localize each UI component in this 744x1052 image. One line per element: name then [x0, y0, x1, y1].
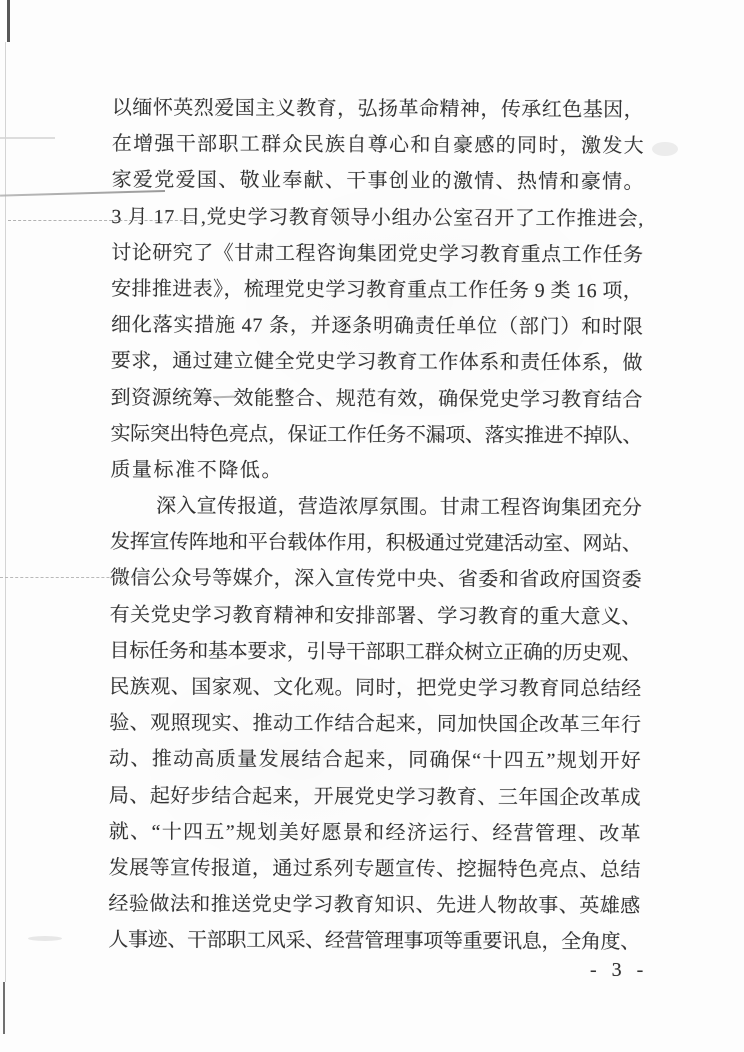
- scan-artifact-right-smudge: [652, 142, 678, 156]
- document-body-text: 以缅怀英烈爱国主义教育，弘扬革命精神，传承红色基因， 在增强干部职工群众民族自尊…: [108, 90, 644, 961]
- text-line-paragraph-start: 深入宣传报道，营造浓厚氛围。甘肃工程咨询集团充分: [110, 488, 642, 527]
- text-line: 验、观照现实、推动工作结合起来，同加快国企改革三年行: [109, 705, 641, 744]
- page-number: - 3 -: [590, 956, 647, 984]
- text-line: 人事迹、干部职工风采、经营管理事项等重要讯息，全角度、: [108, 922, 640, 961]
- text-line: 动、推动高质量发展结合起来，同确保“十四五”规划开好: [109, 741, 641, 780]
- scan-artifact-left-tick: [0, 137, 55, 139]
- text-line: 在增强干部职工群众民族自尊心和自豪感的同时，激发大: [112, 126, 644, 165]
- scan-artifact-left-edge-top-mark: [7, 0, 10, 42]
- text-line: 局、起好步结合起来，开展党史学习教育、三年国企改革成: [109, 778, 641, 817]
- scanned-page: { "page": { "page_number": "- 3 -", "col…: [0, 0, 744, 1052]
- text-line: 3 月 17 日,党史学习教育领导小组办公室召开了工作推进会,: [111, 199, 643, 238]
- text-line: 到资源统筹、效能整合、规范有效，确保党史学习教育结合: [111, 379, 643, 418]
- scan-artifact-left-edge-line: [5, 42, 6, 982]
- text-line: 目标任务和基本要求，引导干部职工群众树立正确的历史观、: [109, 633, 641, 672]
- text-line: 安排推进表》，梳理党史学习教育重点工作任务 9 类 16 项，: [111, 271, 643, 310]
- text-line: 实际突出特色亮点，保证工作任务不漏项、落实推进不掉队、: [110, 416, 642, 455]
- text-line: 家爱党爱国、敬业奉献、干事创业的激情、热情和豪情。: [112, 162, 644, 201]
- text-line-paragraph-end: 质量标准不降低。: [110, 452, 642, 491]
- text-line: 有关党史学习教育精神和安排部署、学习教育的重大意义、: [110, 597, 642, 636]
- text-line: 细化落实措施 47 条，并逐条明确责任单位（部门）和时限: [111, 307, 643, 346]
- scan-artifact-left-edge-bottom-mark: [3, 982, 5, 1034]
- text-line: 发挥宣传阵地和平台载体作用，积极通过党建活动室、网站、: [110, 524, 642, 563]
- text-line: 以缅怀英烈爱国主义教育，弘扬革命精神，传承红色基因，: [112, 90, 644, 129]
- text-line: 民族观、国家观、文化观。同时，把党史学习教育同总结经: [109, 669, 641, 708]
- text-line: 微信公众号等媒介，深入宣传党中央、省委和省政府国资委: [110, 560, 642, 599]
- text-line: 就、“十四五”规划美好愿景和经济运行、经营管理、改革: [109, 814, 641, 853]
- scan-artifact-bottom-smudge: [28, 936, 62, 941]
- text-line: 讨论研究了《甘肃工程咨询集团党史学习教育重点工作任务: [111, 235, 643, 274]
- text-line: 经验做法和推送党史学习教育知识、先进人物故事、英雄感: [108, 886, 640, 925]
- text-line: 发展等宣传报道，通过系列专题宣传、挖掘特色亮点、总结: [109, 850, 641, 889]
- text-line: 要求，通过建立健全党史学习教育工作体系和责任体系，做: [111, 343, 643, 382]
